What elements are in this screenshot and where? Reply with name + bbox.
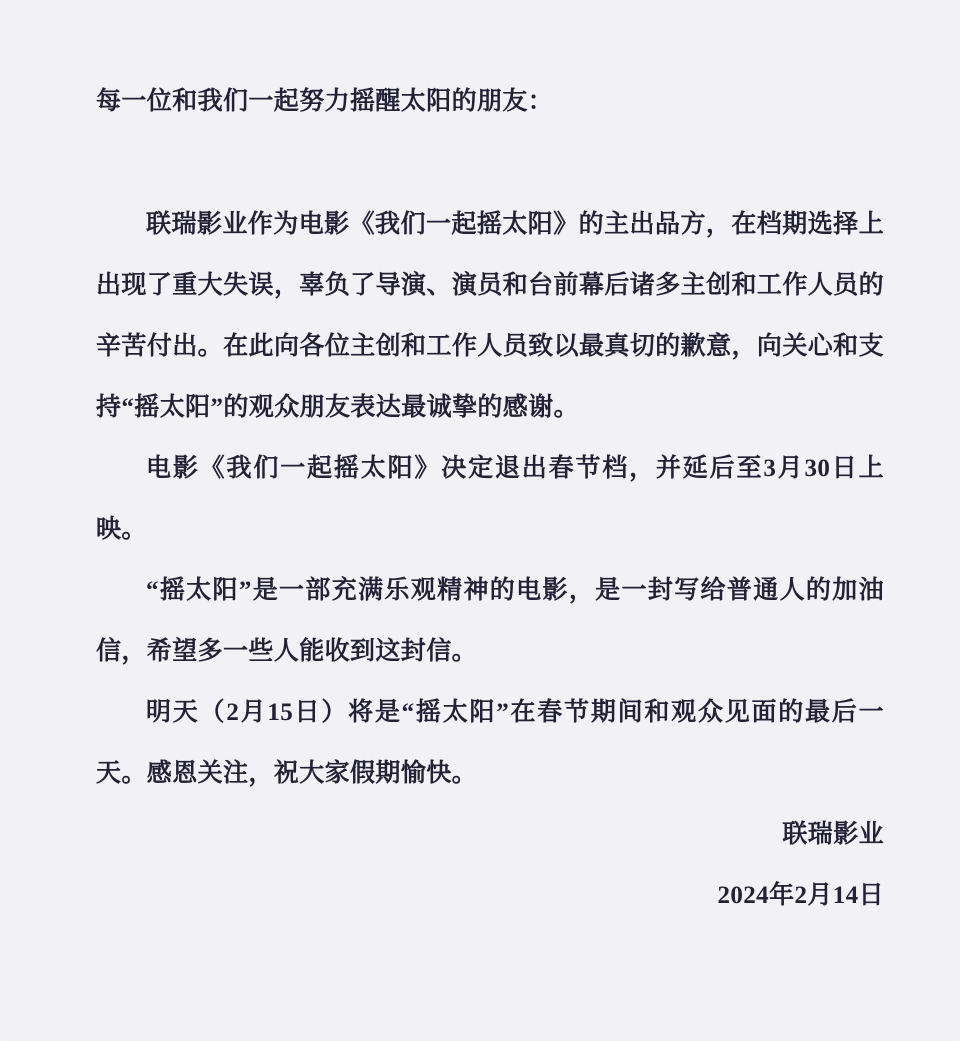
letter-signature: 联瑞影业	[96, 804, 884, 865]
letter-document: 每一位和我们一起努力摇醒太阳的朋友： 联瑞影业作为电影《我们一起摇太阳》的主出品…	[0, 0, 960, 1041]
letter-paragraph: “摇太阳”是一部充满乐观精神的电影，是一封写给普通人的加油信，希望多一些人能收到…	[96, 560, 884, 682]
letter-paragraph: 明天（2月15日）将是“摇太阳”在春节期间和观众见面的最后一天。感恩关注，祝大家…	[96, 682, 884, 804]
letter-salutation: 每一位和我们一起努力摇醒太阳的朋友：	[96, 71, 884, 132]
letter-paragraph: 联瑞影业作为电影《我们一起摇太阳》的主出品方，在档期选择上出现了重大失误，辜负了…	[96, 194, 884, 438]
letter-paragraph: 电影《我们一起摇太阳》决定退出春节档，并延后至3月30日上映。	[96, 438, 884, 560]
letter-date: 2024年2月14日	[96, 865, 884, 926]
